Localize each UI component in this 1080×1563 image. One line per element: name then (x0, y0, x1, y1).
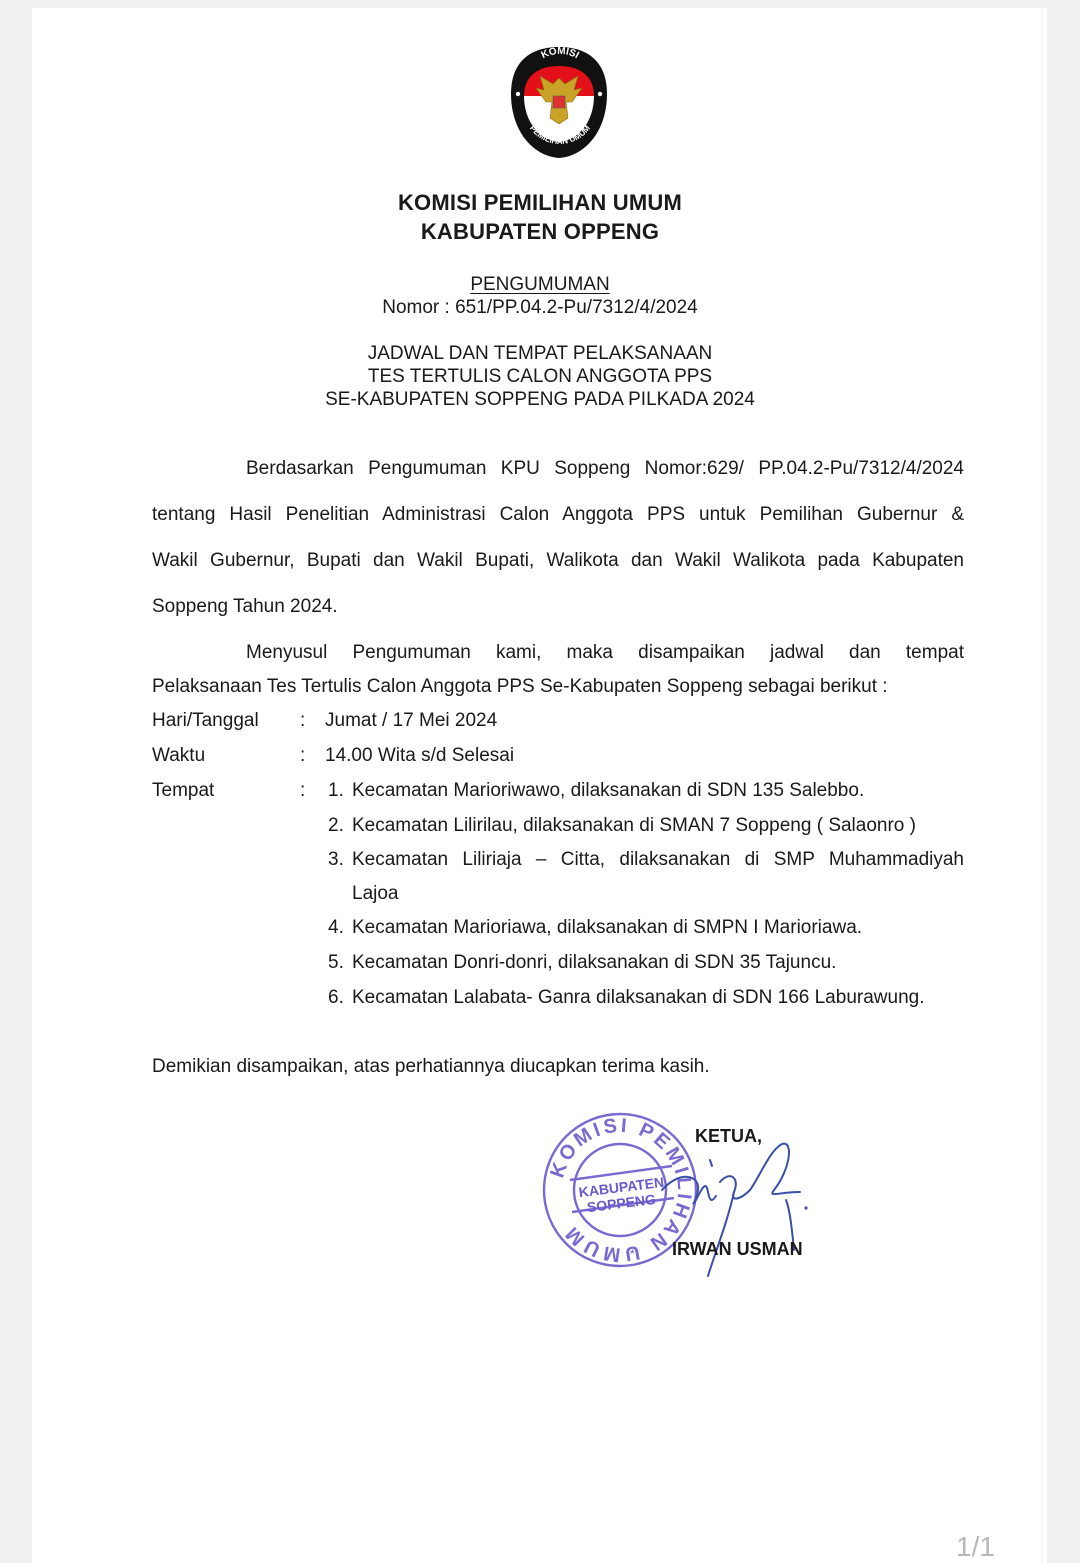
kpu-logo: KOMISI PEMILIHAN UMUM (508, 44, 610, 160)
place-item-6: Kecamatan Lalabata- Ganra dilaksanakan d… (352, 987, 924, 1009)
doc-number: Nomor : 651/PP.04.2-Pu/7312/4/2024 (0, 297, 1080, 319)
place-label: Tempat (152, 780, 214, 802)
place-item-1: Kecamatan Marioriwawo, dilaksanakan di S… (352, 780, 864, 802)
org-region: KABUPATEN OPPENG (0, 219, 1080, 245)
place-item-4: Kecamatan Marioriawa, dilaksanakan di SM… (352, 917, 862, 939)
place-separator: : (300, 780, 305, 802)
place-num-1: 1. (328, 780, 344, 802)
time-label: Waktu (152, 745, 205, 767)
place-item-3-cont: Lajoa (352, 883, 399, 905)
closing-text: Demikian disampaikan, atas perhatiannya … (152, 1056, 710, 1078)
place-item-5: Kecamatan Donri-donri, dilaksanakan di S… (352, 952, 836, 974)
signatory-name: IRWAN USMAN (672, 1239, 803, 1260)
org-name: KOMISI PEMILIHAN UMUM (0, 190, 1080, 216)
place-num-5: 5. (328, 952, 344, 974)
subject-line-1: JADWAL DAN TEMPAT PELAKSANAAN (0, 343, 1080, 365)
subject-line-3: SE-KABUPATEN SOPPENG PADA PILKADA 2024 (0, 389, 1080, 411)
time-separator: : (300, 745, 305, 767)
doc-type-label: PENGUMUMAN (470, 274, 609, 295)
place-num-6: 6. (328, 987, 344, 1009)
place-num-4: 4. (328, 917, 344, 939)
para1-line-2: tentang Hasil Penelitian Administrasi Ca… (152, 504, 964, 526)
para1-line-4: Soppeng Tahun 2024. (152, 596, 338, 618)
page-indicator: 1/1 (956, 1531, 995, 1563)
doc-type: PENGUMUMAN (0, 274, 1080, 296)
place-num-3: 3. (328, 849, 344, 871)
day-value: Jumat / 17 Mei 2024 (325, 710, 497, 732)
para1-line-1: Berdasarkan Pengumuman KPU Soppeng Nomor… (246, 458, 964, 480)
place-num-2: 2. (328, 815, 344, 837)
place-item-3: Kecamatan Liliriaja – Citta, dilaksanaka… (352, 849, 964, 871)
para2-line-1: Menyusul Pengumuman kami, maka disampaik… (246, 642, 964, 664)
day-label: Hari/Tanggal (152, 710, 259, 732)
svg-text:*: * (630, 1247, 635, 1261)
day-separator: : (300, 710, 305, 732)
para1-line-3: Wakil Gubernur, Bupati dan Wakil Bupati,… (152, 550, 964, 572)
place-item-2: Kecamatan Lilirilau, dilaksanakan di SMA… (352, 815, 916, 837)
para2-line-2: Pelaksanaan Tes Tertulis Calon Anggota P… (152, 676, 888, 698)
time-value: 14.00 Wita s/d Selesai (325, 745, 514, 767)
subject-line-2: TES TERTULIS CALON ANGGOTA PPS (0, 366, 1080, 388)
